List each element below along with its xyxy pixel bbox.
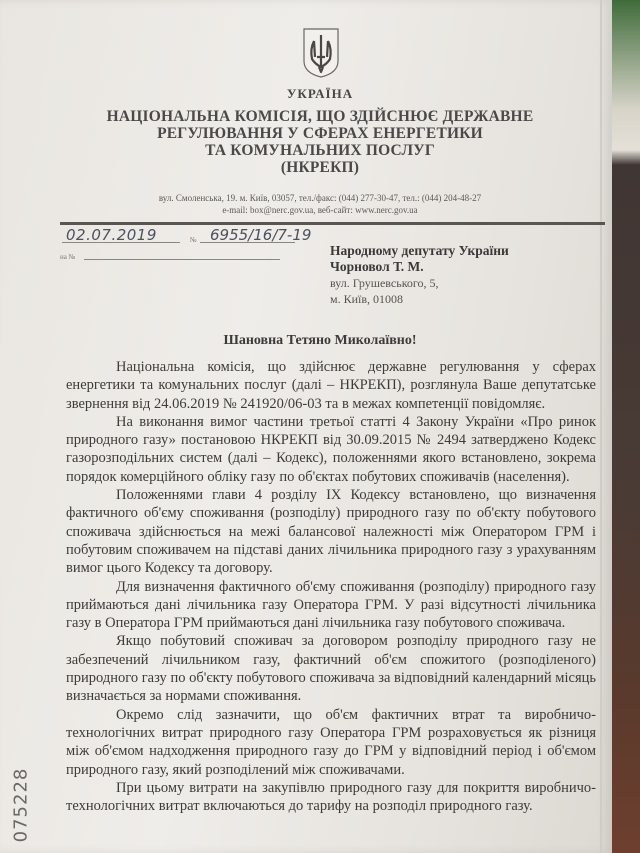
letter-page: УКРАЇНА НАЦІОНАЛЬНА КОМІСІЯ, ЩО ЗДІЙСНЮЄ… <box>0 0 612 853</box>
contact-email: e-mail: box@nerc.gov.ua, веб-сайт: www.n… <box>80 204 560 216</box>
paragraph: Для визначення фактичного об'єму спожива… <box>66 578 596 633</box>
paragraph: Окремо слід зазначити, що об'єм фактични… <box>66 706 596 779</box>
paragraph: При цьому витрати на закупівлю природног… <box>66 779 596 816</box>
reply-to-label: на № <box>60 253 75 261</box>
coat-of-arms-icon <box>302 27 340 79</box>
contact-info: вул. Смоленська, 19. м. Київ, 03057, тел… <box>80 192 560 216</box>
salutation: Шановна Тетяно Миколаївно! <box>0 333 640 349</box>
org-line: ТА КОМУНАЛЬНИХ ПОСЛУГ <box>80 142 560 159</box>
org-line: (НКРЕКП) <box>80 159 560 176</box>
page-edge <box>600 0 602 853</box>
addressee-block: Народному депутату України Чорновол Т. М… <box>330 243 509 307</box>
contact-address: вул. Смоленська, 19. м. Київ, 03057, тел… <box>80 192 560 204</box>
org-line: РЕГУЛЮВАННЯ У СФЕРАХ ЕНЕРГЕТИКИ <box>80 125 560 142</box>
paragraph: Якщо побутовий споживач за договором роз… <box>66 632 596 705</box>
addressee-street: вул. Грушевського, 5, <box>330 275 509 291</box>
serial-number-text: 075228 <box>11 768 32 843</box>
addressee-city: м. Київ, 01008 <box>330 291 509 307</box>
organization-name: НАЦІОНАЛЬНА КОМІСІЯ, ЩО ЗДІЙСНЮЄ ДЕРЖАВН… <box>80 108 560 176</box>
paragraph: На виконання вимог частини третьої статт… <box>66 413 596 486</box>
paragraph: Національна комісія, що здійснює державн… <box>66 358 596 413</box>
addressee-name: Чорновол Т. М. <box>330 259 509 275</box>
reply-to-underline <box>84 259 280 260</box>
number-label: № <box>190 236 197 244</box>
paragraph: Положеннями глави 4 розділу IX Кодексу в… <box>66 486 596 577</box>
serial-number: 075228 <box>6 760 36 850</box>
registration-date: 02.07.2019 <box>66 226 157 244</box>
country-name: УКРАЇНА <box>0 86 640 102</box>
letter-body: Національна комісія, що здійснює державн… <box>66 358 596 815</box>
addressee-title: Народному депутату України <box>330 243 509 259</box>
org-line: НАЦІОНАЛЬНА КОМІСІЯ, ЩО ЗДІЙСНЮЄ ДЕРЖАВН… <box>80 108 560 125</box>
header-divider <box>60 222 605 225</box>
registration-number: 6955/16/7-19 <box>210 226 311 244</box>
